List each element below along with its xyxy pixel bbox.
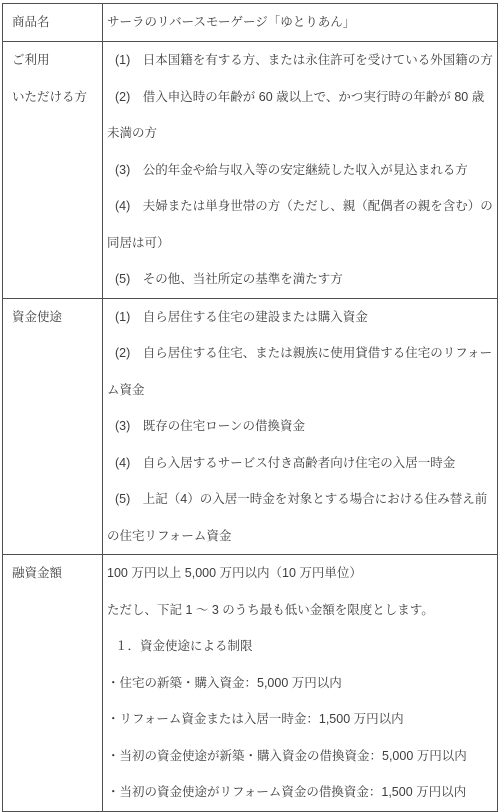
row-value-cell-fund-usage: (1) 自ら居住する住宅の建設または購入資金 (2) 自ら居住する住宅、または親… xyxy=(103,298,498,555)
fund-usage-item-2: (2) 自ら居住する住宅、または親族に使用貸借する住宅のリフォーム資金 xyxy=(107,335,493,408)
row-label-cell-loan-amount: 融資金額 xyxy=(3,555,103,701)
eligible-users-item-5: (5) その他、当社所定の基準を満たす方 xyxy=(107,261,493,298)
loan-amount-condition-note: ただし、下記 1 ～ 3 のうち最も低い金額を限度とします。 xyxy=(107,592,493,629)
table-row-loan-amount: 融資金額 100 万円以上 5,000 万円以内（10 万円単位） ただし、下記… xyxy=(3,555,498,701)
row-value-cell-loan-amount: 100 万円以上 5,000 万円以内（10 万円単位） ただし、下記 1 ～ … xyxy=(103,555,498,701)
row-label-cell-product-name: 商品名 xyxy=(3,4,103,42)
fund-usage-item-1: (1) 自ら居住する住宅の建設または購入資金 xyxy=(107,299,493,336)
eligible-users-item-1: (1) 日本国籍を有する方、または永住許可を受けている外国籍の方 xyxy=(107,42,493,79)
eligible-users-item-2: (2) 借入申込時の年齢が 60 歳以上で、かつ実行時の年齢が 80 歳未満の方 xyxy=(107,79,493,152)
loan-amount-limit-item-1: ・住宅の新築・購入資金：5,000 万円以内 xyxy=(107,665,493,701)
row-label-loan-amount: 融資金額 xyxy=(12,555,100,592)
product-spec-table: 商品名 サーラのリバースモーゲージ「ゆとりあん」 ご利用 いただける方 (1) … xyxy=(2,3,498,700)
row-label-cell-eligible-users: ご利用 いただける方 xyxy=(3,42,103,299)
fund-usage-item-3: (3) 既存の住宅ローンの借換資金 xyxy=(107,408,493,445)
row-label-eligible-users-line1: ご利用 xyxy=(12,42,100,79)
row-value-cell-product-name: サーラのリバースモーゲージ「ゆとりあん」 xyxy=(103,4,498,42)
eligible-users-item-4: (4) 夫婦または単身世帯の方（ただし、親（配偶者の親を含む）の同居は可） xyxy=(107,188,493,261)
row-value-cell-eligible-users: (1) 日本国籍を有する方、または永住許可を受けている外国籍の方 (2) 借入申… xyxy=(103,42,498,299)
product-name-text: サーラのリバースモーゲージ「ゆとりあん」 xyxy=(107,4,493,41)
table-row-product-name: 商品名 サーラのリバースモーゲージ「ゆとりあん」 xyxy=(3,4,498,42)
fund-usage-item-5: (5) 上記（4）の入居一時金を対象とする場合における住み替え前の住宅リフォーム… xyxy=(107,481,493,554)
row-label-fund-usage: 資金使途 xyxy=(12,299,100,336)
row-label-eligible-users-line2: いただける方 xyxy=(12,79,100,116)
fund-usage-item-4: (4) 自ら入居するサービス付き高齢者向け住宅の入居一時金 xyxy=(107,445,493,482)
row-label-product-name: 商品名 xyxy=(12,4,100,41)
row-label-cell-fund-usage: 資金使途 xyxy=(3,298,103,555)
loan-amount-range: 100 万円以上 5,000 万円以内（10 万円単位） xyxy=(107,555,493,592)
table-row-fund-usage: 資金使途 (1) 自ら居住する住宅の建設または購入資金 (2) 自ら居住する住宅… xyxy=(3,298,498,555)
table-row-eligible-users: ご利用 いただける方 (1) 日本国籍を有する方、または永住許可を受けている外国… xyxy=(3,42,498,299)
eligible-users-item-3: (3) 公的年金や給与収入等の安定継続した収入が見込まれる方 xyxy=(107,152,493,189)
loan-amount-limit-heading: １．資金使途による制限 xyxy=(107,628,493,665)
